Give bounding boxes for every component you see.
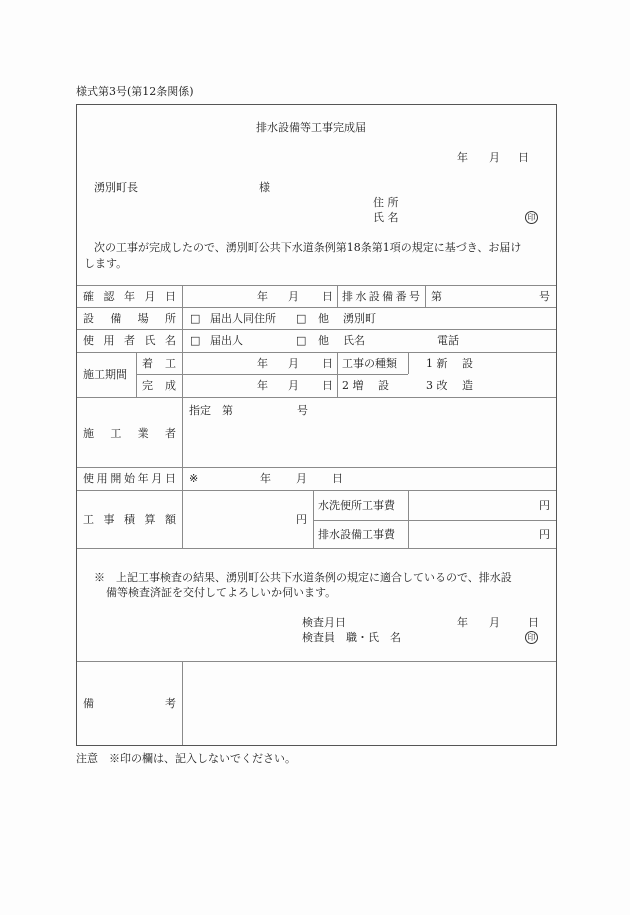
work-type-renovation[interactable]: 3 改 造	[426, 380, 473, 391]
addressee-name: 湧別町長	[94, 182, 138, 193]
work-type-addition[interactable]: 2 増 設	[342, 380, 389, 391]
checkbox-same-address[interactable]: □	[190, 313, 200, 324]
remarks-field[interactable]	[184, 663, 554, 743]
checkbox-other-location[interactable]: □	[296, 313, 306, 324]
inspector-label: 検査員 職・氏 名	[302, 632, 401, 643]
drain-cost-field[interactable]: 円	[539, 529, 550, 540]
estimate-total-field[interactable]: 円	[296, 514, 307, 525]
toilet-cost-label: 水洗便所工事費	[318, 500, 395, 511]
toilet-cost-field[interactable]: 円	[539, 500, 550, 511]
option-other-location: 他	[318, 313, 329, 324]
inspection-text-cont: 備等検査済証を交付してよろしいか伺います。	[106, 587, 336, 598]
estimate-label: 工事積算額	[83, 514, 176, 525]
remarks-label: 備考	[83, 698, 176, 709]
start-use-date-label: 使用開始年月日	[83, 473, 176, 484]
intro-text: 次の工事が完成したので、湧別町公共下水道条例第18条第1項の規定に基づき、お届け	[94, 242, 521, 253]
location-label: 設備場所	[83, 313, 176, 324]
form-number: 様式第3号(第12条関係)	[76, 86, 194, 97]
footer-note: 注意 ※印の欄は、記入しないでください。	[76, 753, 296, 764]
end-label: 完成	[142, 380, 176, 391]
intro-text-cont: します。	[84, 258, 127, 269]
form-frame	[76, 104, 557, 746]
work-type-label: 工事の種類	[342, 358, 397, 369]
checkbox-applicant[interactable]: □	[190, 335, 200, 346]
form-title: 排水設備等工事完成届	[256, 122, 366, 133]
contractor-label: 施工業者	[83, 428, 176, 439]
applicant-address-label: 住 所	[373, 197, 399, 208]
town-name: 湧別町	[343, 313, 376, 324]
option-other-user: 他	[318, 335, 329, 346]
addressee-honorific: 様	[259, 182, 270, 193]
phone-field-label: 電話	[437, 335, 459, 346]
start-label: 着工	[142, 358, 176, 369]
construction-period-label: 施工期間	[83, 369, 127, 380]
seal-icon: 印	[525, 211, 538, 224]
drain-number-label: 排水設備番号	[342, 291, 420, 302]
user-name-field-label: 氏名	[343, 335, 365, 346]
option-applicant: 届出人	[210, 335, 243, 346]
inspector-seal-icon: 印	[525, 631, 538, 644]
checkbox-other-user[interactable]: □	[296, 335, 306, 346]
work-type-new[interactable]: 1 新 設	[426, 358, 473, 369]
confirm-date-label: 確認年月日	[83, 291, 176, 302]
inspection-text: ※ 上記工事検査の結果、湧別町公共下水道条例の規定に適合しているので、排水設	[94, 572, 512, 583]
inspection-date-label: 検査月日	[302, 617, 346, 628]
user-name-label: 使用者氏名	[83, 335, 176, 346]
applicant-name-label: 氏 名	[373, 212, 399, 223]
option-same-address: 届出人同住所	[210, 313, 276, 324]
drain-cost-label: 排水設備工事費	[318, 529, 395, 540]
